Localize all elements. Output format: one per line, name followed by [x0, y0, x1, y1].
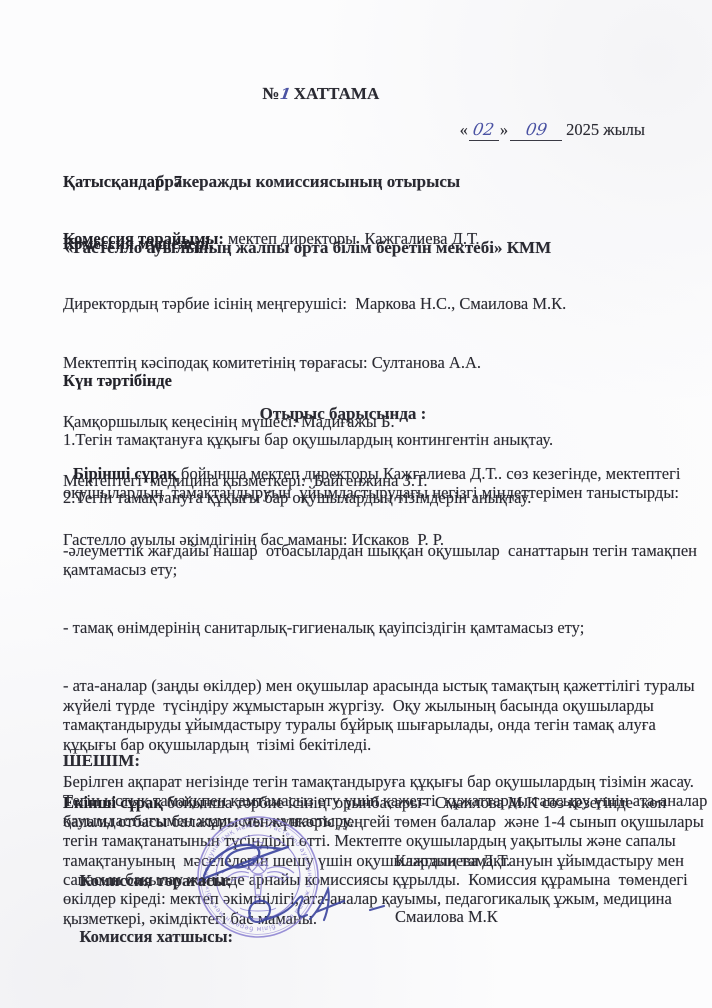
month-underline: 09 — [510, 120, 562, 141]
bullet-parents: - ата-аналар (заңды өкілдер) мен оқушыла… — [63, 676, 709, 753]
attendees-line: Қатысқандар: 7 — [63, 172, 480, 191]
secretary-label: Комиссия хатшысы: — [80, 927, 234, 946]
attendees-count: 7 — [170, 172, 182, 191]
first-question-paragraph: Бірінші сұрақ бойынша мектеп директоры К… — [63, 464, 709, 503]
bullet-social: -әлеуметтік жағдайы нашар отбасылардан ш… — [63, 541, 709, 580]
attendees-label: Қатысқандар: — [63, 172, 170, 191]
scanned-protocol-page: №1ХАТТАМА бракеражды комиссиясының отыры… — [0, 0, 712, 1008]
chair-label: Комиссия төрағасы: — [80, 871, 232, 890]
close-quote: » — [500, 120, 508, 139]
bullet-sanitary: - тамақ өнімдерінің санитарлық-гигиеналы… — [63, 618, 709, 637]
signature-row-secretary: Комиссия хатшысы: Смаилова М.К — [63, 907, 663, 987]
handwritten-month: 09 — [524, 120, 548, 139]
year: 2025 — [566, 120, 599, 139]
decision-heading: ШЕШІМ: — [63, 751, 140, 771]
chair-name: Кажгалиева Д.Т. — [395, 851, 510, 871]
member-line: Директордың тәрбие ісінің меңгерушісі: М… — [63, 294, 566, 314]
members-heading: Комессия мүшелері: — [63, 234, 215, 253]
session-heading: Отырыс барысында : — [63, 404, 623, 424]
secretary-name: Смаилова М.К — [395, 907, 498, 927]
agenda-heading: Күн тәртібінде — [63, 371, 172, 390]
decision-text: Берілген ақпарат негізінде тегін тамақта… — [63, 772, 711, 830]
first-question-lead: Бірінші сұрақ — [73, 464, 177, 483]
year-suffix: жылы — [599, 120, 645, 139]
